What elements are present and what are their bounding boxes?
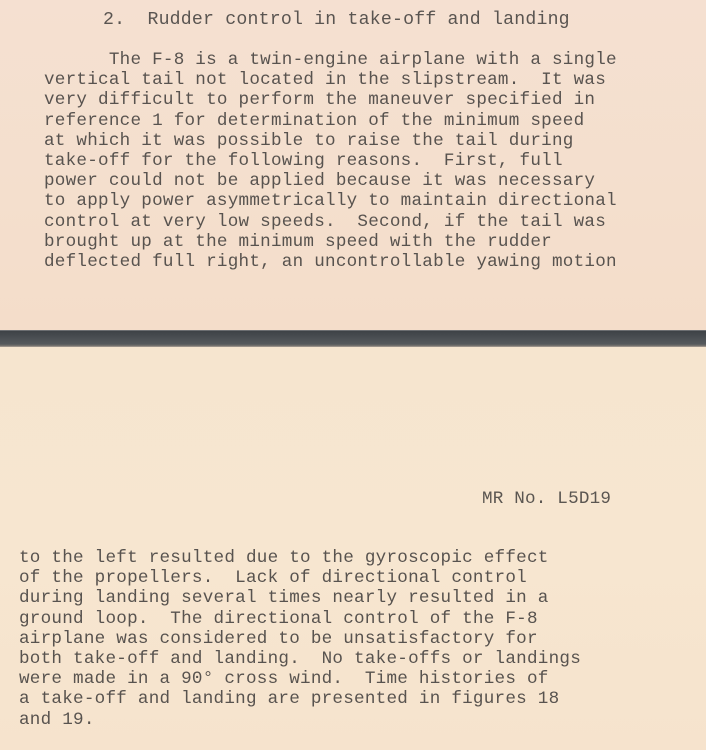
text-line: were made in a 90° cross wind. Time hist…: [19, 669, 581, 689]
text-line: very difficult to perform the maneuver s…: [44, 90, 617, 110]
bottom-paragraph: to the left resulted due to the gyroscop…: [19, 548, 581, 730]
text-line: both take-off and landing. No take-offs …: [19, 649, 581, 669]
text-line: power could not be applied because it wa…: [44, 171, 617, 191]
text-line: a take-off and landing are presented in …: [19, 689, 581, 709]
text-line: brought up at the minimum speed with the…: [44, 232, 617, 252]
text-line: control at very low speeds. Second, if t…: [44, 212, 617, 232]
top-page: 2. Rudder control in take-off and landin…: [0, 0, 706, 330]
text-line: deflected full right, an uncontrollable …: [44, 252, 617, 272]
text-line: ground loop. The directional control of …: [19, 609, 581, 629]
text-line: vertical tail not located in the slipstr…: [44, 70, 617, 90]
section-heading: 2. Rudder control in take-off and landin…: [103, 10, 570, 30]
text-line: The F-8 is a twin-engine airplane with a…: [44, 50, 617, 70]
text-line: at which it was possible to raise the ta…: [44, 131, 617, 151]
text-line: to the left resulted due to the gyroscop…: [19, 548, 581, 568]
text-line: reference 1 for determination of the min…: [44, 111, 617, 131]
page-divider: [0, 330, 706, 347]
text-line: take-off for the following reasons. Firs…: [44, 151, 617, 171]
text-line: during landing several times nearly resu…: [19, 588, 581, 608]
bottom-page: MR No. L5D19 to the left resulted due to…: [0, 347, 706, 750]
report-number: MR No. L5D19: [482, 489, 611, 509]
text-line: to apply power asymmetrically to maintai…: [44, 191, 617, 211]
text-line: of the propellers. Lack of directional c…: [19, 568, 581, 588]
top-paragraph: The F-8 is a twin-engine airplane with a…: [44, 50, 617, 272]
text-line: and 19.: [19, 710, 581, 730]
text-line: airplane was considered to be unsatisfac…: [19, 629, 581, 649]
